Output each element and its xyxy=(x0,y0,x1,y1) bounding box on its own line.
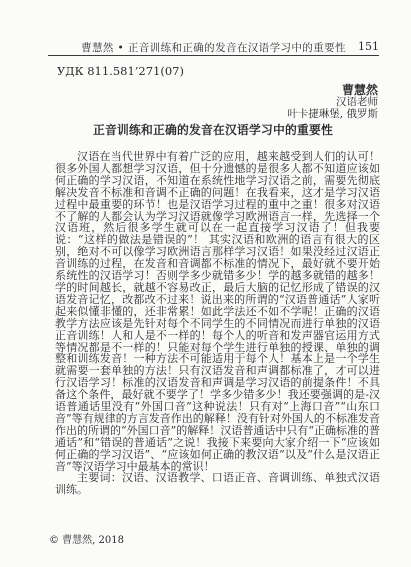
keywords-line: 主要词：汉语、汉语教学、口语正音、音调训练、单独式汉语训练。 xyxy=(55,472,380,496)
page-number: 151 xyxy=(358,40,379,53)
copyright-notice: © 曹慧然, 2018 xyxy=(49,531,124,546)
paper-page: 曹慧然 • 正音训练和正确的发音在汉语学习中的重要性 151 УДК 811.5… xyxy=(0,0,411,567)
author-block: 曹慧然 汉语老师 叶卡捷琳堡, 俄罗斯 xyxy=(287,84,378,120)
author-role: 汉语老师 xyxy=(287,96,378,108)
author-name: 曹慧然 xyxy=(287,84,378,96)
udc-code: УДК 811.581’271(07) xyxy=(57,64,184,78)
abstract-paragraph: 汉语在当代世界中有着广泛的应用，越来越受到人们的认可！很多外国人都想学习汉语，但… xyxy=(55,151,380,472)
article-title: 正音训练和正确的发音在汉语学习中的重要性 xyxy=(40,121,386,138)
article-body: 汉语在当代世界中有着广泛的应用，越来越受到人们的认可！很多外国人都想学习汉语，但… xyxy=(55,151,380,496)
author-location: 叶卡捷琳堡, 俄罗斯 xyxy=(287,108,378,120)
running-head: 曹慧然 • 正音训练和正确的发音在汉语学习中的重要性 xyxy=(48,40,379,55)
running-head-row: 曹慧然 • 正音训练和正确的发音在汉语学习中的重要性 151 xyxy=(48,40,379,54)
header-rule xyxy=(48,55,379,56)
